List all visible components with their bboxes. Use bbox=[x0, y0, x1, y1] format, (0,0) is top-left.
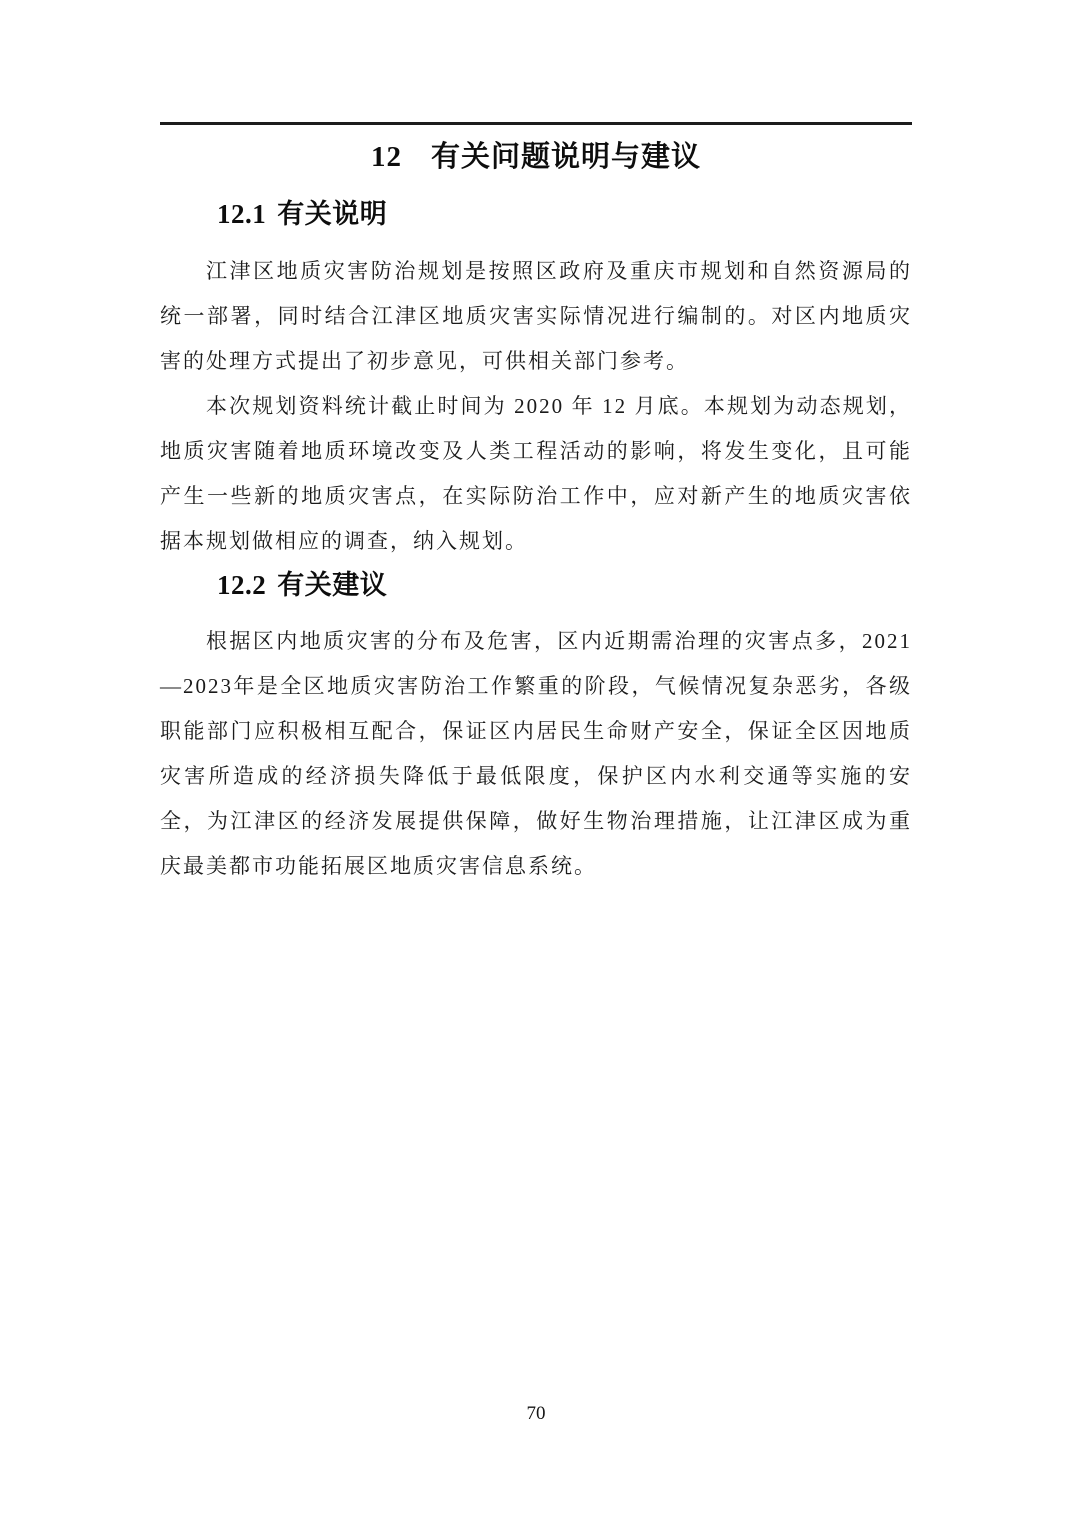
paragraph: 根据区内地质灾害的分布及危害，区内近期需治理的灾害点多，2021—2023年是全… bbox=[160, 619, 912, 889]
section-heading-12-1: 12.1有关说明 bbox=[217, 195, 912, 233]
paragraph: 江津区地质灾害防治规划是按照区政府及重庆市规划和自然资源局的统一部署，同时结合江… bbox=[160, 249, 912, 384]
paragraph: 本次规划资料统计截止时间为 2020 年 12 月底。本规划为动态规划，地质灾害… bbox=[160, 384, 912, 564]
section-heading-text: 有关建议 bbox=[277, 570, 387, 600]
content-area: 12有关问题说明与建议 12.1有关说明 江津区地质灾害防治规划是按照区政府及重… bbox=[160, 0, 912, 889]
header-rule bbox=[160, 122, 912, 125]
section-heading-text: 有关说明 bbox=[277, 199, 387, 229]
document-page: 12有关问题说明与建议 12.1有关说明 江津区地质灾害防治规划是按照区政府及重… bbox=[0, 0, 1074, 1520]
page-number: 70 bbox=[160, 1402, 912, 1426]
section-number: 12.2 bbox=[217, 570, 266, 600]
chapter-number: 12 bbox=[371, 141, 402, 173]
chapter-title-text: 有关问题说明与建议 bbox=[431, 141, 701, 173]
section-heading-12-2: 12.2有关建议 bbox=[217, 566, 912, 604]
chapter-title: 12有关问题说明与建议 bbox=[160, 137, 912, 177]
section-number: 12.1 bbox=[217, 199, 266, 229]
